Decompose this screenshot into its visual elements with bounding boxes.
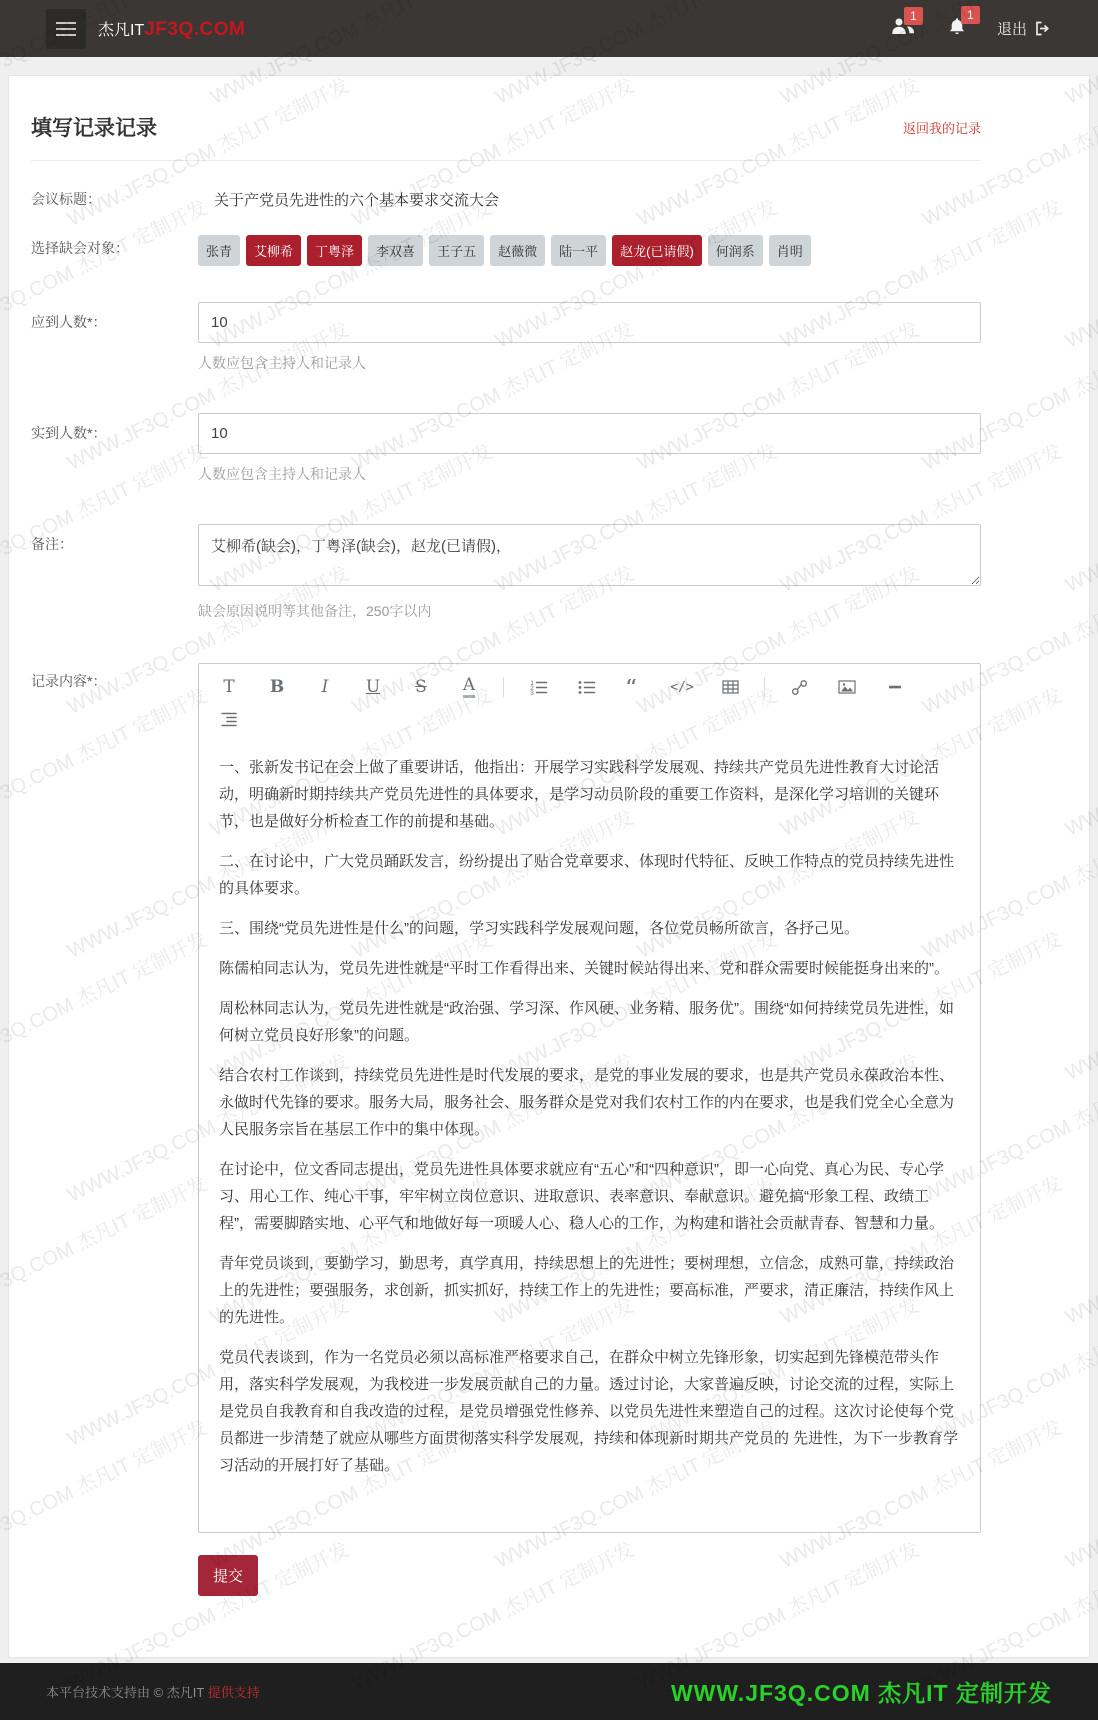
remark-textarea[interactable]: 艾柳希(缺会)，丁粤泽(缺会)，赵龙(已请假)， bbox=[198, 524, 981, 586]
image-icon[interactable] bbox=[823, 672, 871, 702]
editor-paragraph: 党员代表谈到，作为一名党员必须以高标准严格要求自己，在群众中树立先锋形象，切实起… bbox=[219, 1344, 960, 1479]
logout-label: 退出 bbox=[997, 18, 1027, 39]
hr-icon[interactable] bbox=[871, 672, 919, 702]
bold-icon[interactable]: B bbox=[253, 672, 301, 702]
absent-tag[interactable]: 张青 bbox=[198, 235, 240, 266]
editor-paragraph: 一、张新发书记在会上做了重要讲话，他指出：开展学习实践科学发展观、持续共产党员先… bbox=[219, 754, 960, 835]
title-bar: 填写记录记录 返回我的记录 bbox=[31, 112, 981, 142]
footer-support-prefix: 本平台技术支持由 © 杰凡IT bbox=[46, 1685, 208, 1700]
rich-text-editor: TBIUSA123“</> 一、张新发书记在会上做了重要讲话，他指出：开展学习实… bbox=[198, 663, 981, 1533]
topbar-actions: 1 1 退出 bbox=[890, 16, 1052, 42]
toolbar-separator bbox=[764, 677, 765, 697]
bell-badge: 1 bbox=[961, 6, 980, 24]
footer-support-text: 本平台技术支持由 © 杰凡IT 提供支持 bbox=[46, 1682, 260, 1701]
toolbar-separator bbox=[503, 677, 504, 697]
absent-tag[interactable]: 何润系 bbox=[708, 235, 763, 266]
expected-count-input[interactable] bbox=[198, 302, 981, 343]
page-title: 填写记录记录 bbox=[31, 112, 157, 142]
hamburger-menu-icon[interactable] bbox=[46, 9, 86, 49]
meeting-title-label: 会议标题： bbox=[31, 179, 198, 209]
editor-paragraph: 二、在讨论中，广大党员踊跃发言，纷纷提出了贴合党章要求、体现时代特征、反映工作特… bbox=[219, 848, 960, 902]
strikethrough-icon[interactable]: S bbox=[397, 672, 445, 702]
absent-tag[interactable]: 肖明 bbox=[769, 235, 811, 266]
actual-count-input[interactable] bbox=[198, 413, 981, 454]
italic-icon[interactable]: I bbox=[301, 672, 349, 702]
indent-icon[interactable] bbox=[205, 704, 253, 734]
expected-count-label: 应到人数*： bbox=[31, 302, 198, 332]
editor-paragraph: 结合农村工作谈到，持续党员先进性是时代发展的要求，是党的事业发展的要求，也是共产… bbox=[219, 1062, 960, 1143]
quote-icon[interactable]: “ bbox=[610, 672, 658, 702]
code-icon[interactable]: </> bbox=[658, 672, 706, 702]
meeting-title-value: 关于产党员先进性的六个基本要求交流大会 bbox=[198, 179, 981, 210]
users-icon[interactable]: 1 bbox=[890, 17, 917, 41]
footer-support-link[interactable]: 提供支持 bbox=[208, 1685, 260, 1700]
editor-paragraph: 青年党员谈到，要勤学习，勤思考，真学真用，持续思想上的先进性；要树理想，立信念，… bbox=[219, 1250, 960, 1331]
editor-toolbar: TBIUSA123“</> bbox=[199, 664, 980, 734]
brand-text-domain: JF3Q.COM bbox=[144, 19, 245, 41]
logout-button[interactable]: 退出 bbox=[997, 18, 1052, 39]
remark-label: 备注： bbox=[31, 524, 198, 554]
footer-brand-text: WWW.JF3Q.COM 杰凡IT 定制开发 bbox=[671, 1675, 1052, 1708]
back-to-records-link[interactable]: 返回我的记录 bbox=[903, 118, 981, 137]
link-icon[interactable] bbox=[775, 672, 823, 702]
footer-bar: 本平台技术支持由 © 杰凡IT 提供支持 WWW.JF3Q.COM 杰凡IT 定… bbox=[0, 1663, 1098, 1720]
heading-icon[interactable]: T bbox=[205, 672, 253, 702]
table-icon[interactable] bbox=[706, 672, 754, 702]
absent-tag[interactable]: 王子五 bbox=[429, 235, 484, 266]
expected-count-row: 应到人数*： 人数应包含主持人和记录人 bbox=[31, 302, 981, 373]
editor-paragraph: 三、围绕“党员先进性是什么”的问题，学习实践科学发展观问题，各位党员畅所欲言，各… bbox=[219, 915, 960, 942]
absent-tag[interactable]: 李双喜 bbox=[368, 235, 423, 266]
logout-icon bbox=[1034, 20, 1052, 37]
underline-icon[interactable]: U bbox=[349, 672, 397, 702]
ordered-list-icon[interactable]: 123 bbox=[514, 672, 562, 702]
absent-label: 选择缺会对象： bbox=[31, 228, 198, 258]
meeting-title-row: 会议标题： 关于产党员先进性的六个基本要求交流大会 bbox=[31, 179, 981, 210]
editor-paragraph: 陈儒柏同志认为，党员先进性就是“平时工作看得出来、关键时候站得出来、党和群众需要… bbox=[219, 955, 960, 982]
actual-count-label: 实到人数*： bbox=[31, 413, 198, 443]
svg-text:“: “ bbox=[625, 679, 637, 696]
top-bar: 杰凡IT JF3Q.COM 1 1 退出 bbox=[0, 0, 1098, 57]
absent-tag-list: 张青艾柳希丁粤泽李双喜王子五赵薇微陆一平赵龙(已请假)何润系肖明 bbox=[198, 228, 981, 272]
brand-text-cn: 杰凡IT bbox=[98, 17, 144, 40]
font-color-icon[interactable]: A bbox=[445, 672, 493, 702]
record-content-row: 记录内容*： TBIUSA123“</> 一、张新发书记在会上做了重要讲话，他指… bbox=[31, 661, 981, 1533]
svg-text:3: 3 bbox=[530, 690, 534, 696]
remark-hint: 缺会原因说明等其他备注，250字以内 bbox=[198, 601, 981, 621]
absent-tag[interactable]: 艾柳希 bbox=[246, 235, 301, 266]
editor-content[interactable]: 一、张新发书记在会上做了重要讲话，他指出：开展学习实践科学发展观、持续共产党员先… bbox=[199, 734, 980, 1532]
absent-tag[interactable]: 赵薇微 bbox=[490, 235, 545, 266]
unordered-list-icon[interactable] bbox=[562, 672, 610, 702]
remark-row: 备注： 艾柳希(缺会)，丁粤泽(缺会)，赵龙(已请假)， 缺会原因说明等其他备注… bbox=[31, 524, 981, 621]
actual-count-row: 实到人数*： 人数应包含主持人和记录人 bbox=[31, 413, 981, 484]
bell-icon[interactable]: 1 bbox=[947, 16, 967, 42]
users-badge: 1 bbox=[904, 7, 923, 25]
record-content-label: 记录内容*： bbox=[31, 661, 198, 691]
actual-count-hint: 人数应包含主持人和记录人 bbox=[198, 464, 981, 484]
brand-logo[interactable]: 杰凡IT JF3Q.COM bbox=[98, 17, 245, 41]
absent-row: 选择缺会对象： 张青艾柳希丁粤泽李双喜王子五赵薇微陆一平赵龙(已请假)何润系肖明 bbox=[31, 228, 981, 272]
title-divider bbox=[31, 160, 981, 161]
main-card: 填写记录记录 返回我的记录 会议标题： 关于产党员先进性的六个基本要求交流大会 … bbox=[8, 75, 1090, 1658]
submit-button[interactable]: 提交 bbox=[198, 1555, 258, 1596]
editor-paragraph: 在讨论中，位文香同志提出，党员先进性具体要求就应有“五心”和“四种意识”，即一心… bbox=[219, 1156, 960, 1237]
absent-tag[interactable]: 赵龙(已请假) bbox=[612, 235, 702, 266]
absent-tag[interactable]: 陆一平 bbox=[551, 235, 606, 266]
absent-tag[interactable]: 丁粤泽 bbox=[307, 235, 362, 266]
expected-count-hint: 人数应包含主持人和记录人 bbox=[198, 353, 981, 373]
editor-paragraph: 周松林同志认为，党员先进性就是“政治强、学习深、作风硬、业务精、服务优”。围绕“… bbox=[219, 995, 960, 1049]
